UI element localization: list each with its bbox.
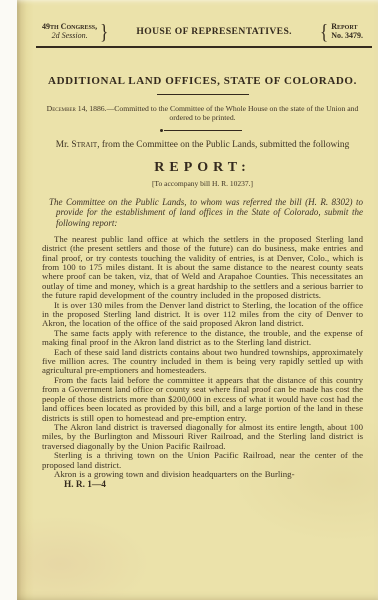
page-content: 49th Congress, 2d Session. } HOUSE OF RE… xyxy=(42,22,363,490)
dateline: December 14, 1886.—Committed to the Comm… xyxy=(47,104,359,122)
paragraph: Sterling is a thriving town on the Union… xyxy=(42,451,363,470)
session-label: 2d Session. xyxy=(42,31,97,40)
ornament-dot xyxy=(160,129,163,132)
paragraph: The same facts apply with reference to t… xyxy=(42,329,363,348)
submission-prefix: Mr. xyxy=(56,140,72,150)
report-body: The nearest public land office at which … xyxy=(42,235,363,480)
member-name: Strait xyxy=(71,140,97,150)
report-number-block: Report No. 3479. xyxy=(331,22,363,40)
left-brace-glyph: } xyxy=(100,25,108,36)
congress-session-block: 49th Congress, 2d Session. xyxy=(42,22,97,40)
paragraph: Each of these said land districts contai… xyxy=(42,348,363,376)
divider-ornament xyxy=(164,130,242,131)
page-title: ADDITIONAL LAND OFFICES, STATE OF COLORA… xyxy=(42,75,363,87)
submission-line: Mr. Strait, from the Committee on the Pu… xyxy=(42,140,363,152)
header-rule xyxy=(36,46,372,48)
accompany-note: [To accompany bill H. R. 10237.] xyxy=(42,179,363,188)
title-rule xyxy=(157,94,249,95)
congress-label: 49th Congress, xyxy=(42,22,97,31)
dateline-action: —Committed to the Committee of the Whole… xyxy=(107,104,359,122)
paragraph: The nearest public land office at which … xyxy=(42,235,363,301)
paragraph: The Akron land district is traversed dia… xyxy=(42,423,363,451)
paragraph: From the facts laid before the committee… xyxy=(42,376,363,423)
referral-paragraph: The Committee on the Public Lands, to wh… xyxy=(42,197,363,228)
signature-mark: H. R. 1—4 xyxy=(42,480,363,490)
paragraph: It is over 130 miles from the Denver lan… xyxy=(42,301,363,329)
report-label: Report xyxy=(331,22,363,31)
report-number: No. 3479. xyxy=(331,31,363,40)
masthead: 49th Congress, 2d Session. } HOUSE OF RE… xyxy=(42,22,363,40)
report-page: 49th Congress, 2d Session. } HOUSE OF RE… xyxy=(17,0,378,600)
dateline-date: December 14, 1886. xyxy=(47,104,107,113)
paragraph: Akron is a growing town and division hea… xyxy=(42,470,363,479)
report-heading: REPORT: xyxy=(42,160,363,176)
submission-rest: , from the Committee on the Public Lands… xyxy=(97,140,349,150)
chamber-title: HOUSE OF REPRESENTATIVES. xyxy=(111,27,317,36)
right-brace-glyph: { xyxy=(320,25,328,36)
